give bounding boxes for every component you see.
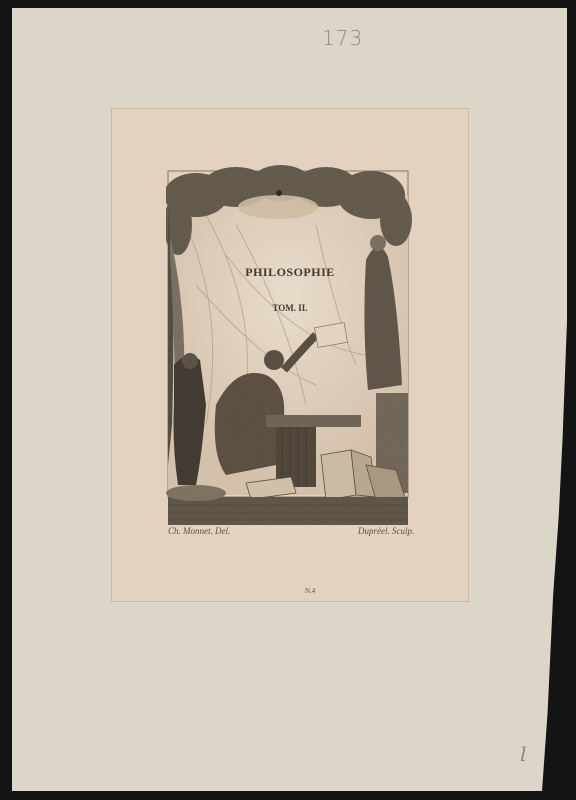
pencil-inventory-number: 173 (322, 26, 363, 50)
plate-number: N.4 (305, 587, 315, 595)
engraving-subtitle: TOM. II. (240, 303, 340, 313)
engraver-signature: Dupréel. Sculp. (358, 526, 414, 536)
engraving-title: PHILOSOPHIE (240, 265, 340, 280)
designer-signature: Ch. Monnet. Del. (168, 526, 230, 536)
pencil-corner-mark: l (520, 742, 526, 766)
engraving-illustration (166, 165, 412, 527)
